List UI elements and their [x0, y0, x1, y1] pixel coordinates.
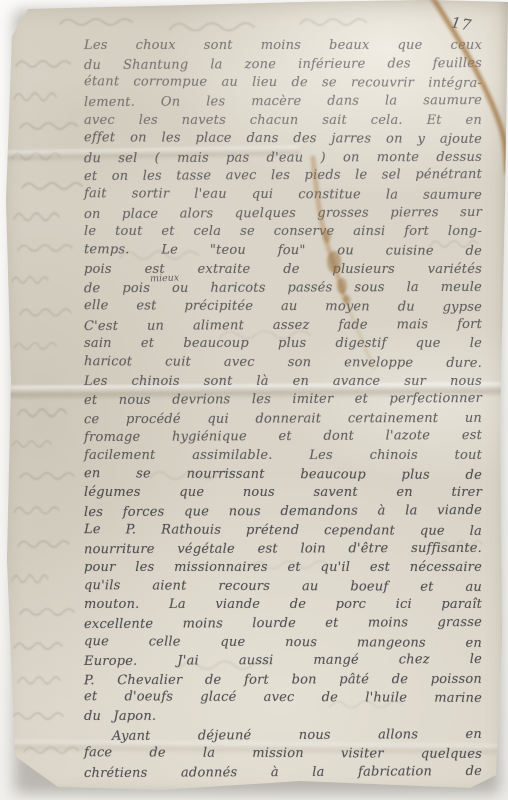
manuscript-line: pois est extraite de plusieurs variétés	[84, 261, 482, 280]
manuscript-line: du Shantung la zone inférieure des feuil…	[84, 55, 482, 76]
manuscript-line: pour les missionnaires et qu'il est néce…	[84, 559, 482, 578]
manuscript-line: Les choux sont moins beaux que ceux	[84, 37, 482, 56]
manuscript-line: en se nourrissant beaucoup plus de	[84, 465, 482, 485]
manuscript-line: effet on les place dans des jarres on y …	[84, 129, 482, 149]
manuscript-line: chrétiens adonnés à la fabrication de	[84, 763, 482, 784]
manuscript-line: les forces que nous demandons à la viand…	[84, 502, 482, 523]
manuscript-line: et nous devrions les imiter et perfectio…	[84, 390, 482, 411]
manuscript-line: mouton. La viande de porc ici paraît	[84, 596, 482, 615]
manuscript-line: que celle que nous mangeons en	[84, 633, 482, 653]
manuscript-line: avec les navets chacun sait cela. Et en	[84, 112, 482, 131]
manuscript-line: et d'oeufs glacé avec de l'huile marine	[84, 689, 482, 709]
page-number: 17	[450, 13, 474, 34]
manuscript-paper: 17 Les choux sont moins beaux que ceuxdu…	[0, 0, 508, 800]
manuscript-line: le tout et cela se conserve ainsi fort l…	[84, 223, 482, 242]
manuscript-lines: Les choux sont moins beaux que ceuxdu Sh…	[84, 37, 482, 783]
manuscript-line: de pois ou haricots passés sous la meule	[84, 279, 482, 299]
manuscript-line: elle est précipitée au moyen du gypse	[84, 297, 482, 317]
interlinear-insertion: mieux	[150, 273, 179, 284]
manuscript-line: Les chinois sont là en avance sur nous	[84, 373, 482, 392]
manuscript-line: Ayant déjeuné nous allons en	[84, 726, 482, 747]
manuscript-line: sain et beaucoup plus digestif que le	[84, 335, 482, 354]
manuscript-line: et on les tasse avec les pieds le sel pé…	[84, 166, 482, 187]
manuscript-line: facilement assimilable. Les chinois tout	[84, 447, 482, 466]
manuscript-line: fait sortir l'eau qui constitue la saumu…	[84, 185, 482, 205]
manuscript-line: lement. On les macère dans la saumure	[84, 92, 482, 113]
manuscript-line: du Japon.	[84, 708, 482, 727]
manuscript-line: C'est un aliment assez fade mais fort	[84, 316, 482, 337]
manuscript-line: légumes que nous savent en tirer	[84, 484, 482, 503]
photograph-of-letter: 17 Les choux sont moins beaux que ceuxdu…	[0, 0, 508, 800]
manuscript-line: fromage hygiénique et dont l'azote est	[84, 427, 482, 448]
manuscript-line: nourriture végétale est loin d'être suff…	[84, 540, 482, 560]
manuscript-line: haricot cuit avec son enveloppe dure.	[84, 353, 482, 373]
manuscript-line: étant corrompue au lieu de se recouvrir …	[84, 73, 482, 93]
manuscript-line: excellente moins lourde et moins grasse	[84, 614, 482, 635]
manuscript-line: Europe. J'ai aussi mangé chez le	[84, 651, 482, 672]
manuscript-line: face de la mission visiter quelques	[84, 744, 482, 764]
manuscript-line: Le P. Rathouis prétend cependant que la	[84, 521, 482, 541]
manuscript-line: on place alors quelques grosses pierres …	[84, 204, 482, 225]
manuscript-line: qu'ils aient recours au boeuf et au	[84, 577, 482, 597]
manuscript-line: temps. Le "teou fou" ou cuisine de	[84, 241, 482, 261]
